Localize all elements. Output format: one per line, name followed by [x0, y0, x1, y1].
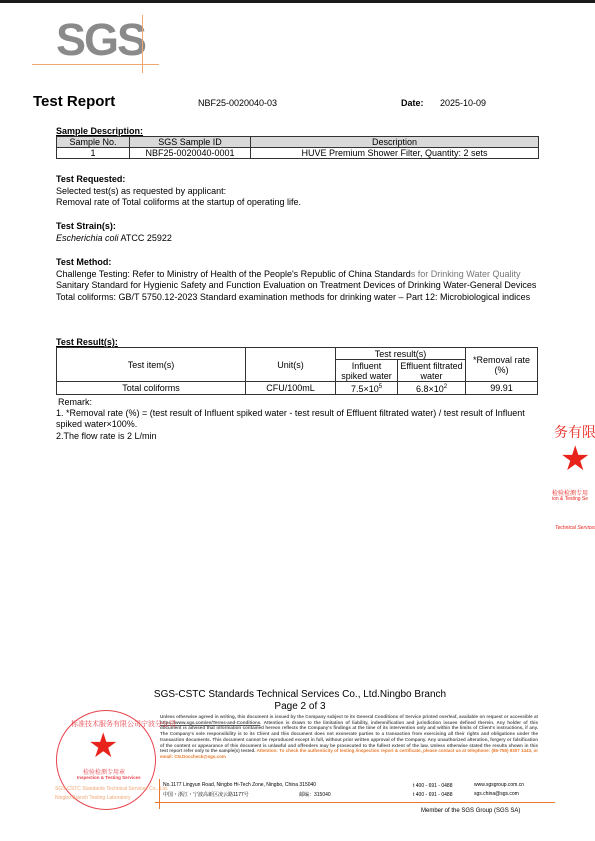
report-number: NBF25-0020040-03 — [198, 98, 277, 108]
table-row: Total coliforms CFU/100mL 7.5×105 6.8×10… — [57, 382, 538, 395]
company-name: SGS-CSTC Standards Technical Services Co… — [150, 689, 450, 700]
test-requested-line: Removal rate of Total coliforms at the s… — [56, 197, 546, 208]
remark-list: 1. *Removal rate (%) = (test result of I… — [56, 408, 546, 442]
report-title: Test Report — [33, 93, 115, 110]
organism-name: Escherichia coli — [56, 233, 119, 243]
top-border — [0, 0, 595, 3]
sample-description-table: Sample No. SGS Sample ID Description 1 N… — [56, 136, 539, 159]
remark-title: Remark: — [58, 397, 548, 408]
footer-vertical-line — [159, 779, 160, 809]
address-chinese: 中国・浙江・宁波高新区凌云路1177号 — [163, 791, 249, 798]
test-requested-line: Selected test(s) as requested by applica… — [56, 186, 546, 197]
test-strain-title: Test Strain(s): — [56, 221, 116, 231]
seal-text: 务有限公 — [554, 422, 595, 442]
address-english: No.1177 Lingyun Road, Ningbo Hi-Tech Zon… — [163, 782, 316, 788]
website-link[interactable]: www.sgsgroup.com.cn — [474, 782, 524, 788]
company-seal-right: 务有限公 ★ 检验检测专用 ion & Testing Se Technical… — [552, 410, 595, 550]
col-effluent: Effluent filtrated water — [398, 360, 466, 382]
test-requested-text: Selected test(s) as requested by applica… — [56, 186, 546, 209]
test-requested-title: Test Requested: — [56, 174, 125, 184]
strain-id: ATCC 25922 — [119, 233, 172, 243]
sample-description-title: Sample Description: — [56, 126, 143, 136]
cell-influent: 7.5×105 — [336, 382, 398, 395]
col-unit: Unit(s) — [246, 348, 336, 382]
seal-text: ion & Testing Se — [552, 496, 588, 502]
date-label: Date: — [401, 98, 424, 108]
star-icon: ★ — [560, 442, 590, 476]
col-sample-no: Sample No. — [57, 137, 130, 148]
table-row: 1 NBF25-0020040-0001 HUVE Premium Shower… — [57, 148, 539, 159]
cell-description: HUVE Premium Shower Filter, Quantity: 2 … — [251, 148, 539, 159]
member-of-group: Member of the SGS Group (SGS SA) — [421, 808, 520, 814]
col-influent: Influent spiked water — [336, 360, 398, 382]
telephone: t 400 - 691 - 0488 — [413, 783, 452, 789]
lab-name-line: SGS-CSTC Standards Technical Services Co… — [55, 786, 168, 792]
email-link[interactable]: sgs.china@sgs.com — [474, 791, 519, 797]
test-strain-text: Escherichia coli ATCC 25922 — [56, 233, 546, 244]
col-test-result-group: Test result(s) — [336, 348, 466, 360]
col-description: Description — [251, 137, 539, 148]
col-removal-rate: *Removal rate (%) — [466, 348, 538, 382]
influent-exponent: 5 — [379, 384, 382, 390]
test-method-coliforms: Total coliforms: GB/T 5750.12-2023 Stand… — [56, 292, 548, 303]
col-test-item: Test item(s) — [57, 348, 246, 382]
seal-text: Technical Services — [555, 525, 595, 531]
remark-item: 2.The flow rate is 2 L/min — [56, 431, 546, 442]
col-sgs-sample-id: SGS Sample ID — [130, 137, 251, 148]
cell-unit: CFU/100mL — [246, 382, 336, 395]
star-icon: ★ — [88, 729, 118, 763]
test-method-title: Test Method: — [56, 257, 111, 267]
sgs-logo: SGS — [56, 16, 145, 64]
seal-arc-text: 标准技术服务有限公司宁波分公司 — [71, 719, 176, 729]
cell-removal-rate: 99.91 — [466, 382, 538, 395]
lab-name-line: Ningbo Branch Testing Laboratory — [55, 795, 131, 801]
effluent-exponent: 2 — [444, 384, 447, 390]
seal-text: Inspection & Testing Services — [77, 775, 141, 780]
method-text-b: s for Drinking Water Quality — [411, 269, 521, 279]
test-method-paragraph: Challenge Testing: Refer to Ministry of … — [56, 269, 548, 292]
effluent-mantissa: 6.8×10 — [416, 384, 444, 394]
influent-mantissa: 7.5×10 — [351, 384, 379, 394]
date-value: 2025-10-09 — [440, 98, 486, 108]
table-header-row: Sample No. SGS Sample ID Description — [57, 137, 539, 148]
test-method-text: Challenge Testing: Refer to Ministry of … — [56, 269, 548, 303]
cell-sample-id: NBF25-0020040-0001 — [130, 148, 251, 159]
footer-horizontal-line — [155, 802, 555, 803]
legal-disclaimer: Unless otherwise agreed in writing, this… — [160, 714, 538, 760]
cell-sample-no: 1 — [57, 148, 130, 159]
cell-effluent: 6.8×102 — [398, 382, 466, 395]
page-number: Page 2 of 3 — [150, 701, 450, 712]
telephone: t 400 - 691 - 0488 — [413, 792, 452, 798]
method-text-a: Challenge Testing: Refer to Ministry of … — [56, 269, 411, 279]
cell-test-item: Total coliforms — [57, 382, 246, 395]
test-results-table: Test item(s) Unit(s) Test result(s) *Rem… — [56, 347, 538, 395]
disclaimer-text: Unless otherwise agreed in writing, this… — [160, 714, 538, 719]
logo-vertical-line — [142, 15, 143, 73]
method-text-c: Sanitary Standard for Hygienic Safety an… — [56, 280, 536, 290]
test-results-title: Test Result(s): — [56, 337, 118, 347]
remark-item: 1. *Removal rate (%) = (test result of I… — [56, 408, 546, 431]
logo-horizontal-line — [32, 64, 159, 65]
postal-code: 邮编：315040 — [299, 791, 331, 798]
